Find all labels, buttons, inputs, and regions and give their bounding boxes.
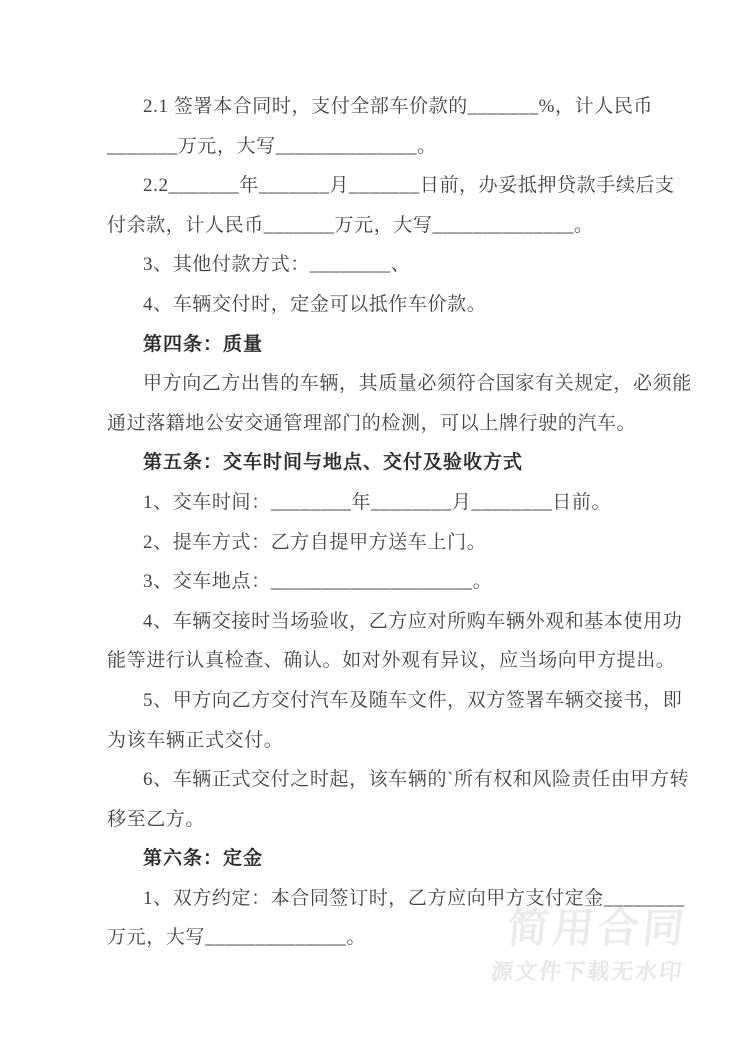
- watermark-subtitle: 源文件下载无水印: [490, 961, 684, 983]
- contract-line: 4、车辆交接时当场验收，乙方应对所购车辆外观和基本使用功: [107, 602, 641, 642]
- contract-line: 4、车辆交付时，定金可以抵作车价款。: [107, 285, 641, 325]
- contract-line: 3、其他付款方式：________、: [107, 245, 641, 285]
- contract-line: 6、车辆正式交付之时起，该车辆的`所有权和风险责任由甲方转: [107, 760, 641, 800]
- contract-line: 2、提车方式：乙方自提甲方送车上门。: [107, 523, 641, 563]
- contract-line: 1、双方约定：本合同签订时，乙方应向甲方支付定金________: [107, 879, 641, 919]
- contract-line: 能等进行认真检查、确认。如对外观有异议，应当场向甲方提出。: [107, 641, 641, 681]
- contract-line: 2.2_______年_______月_______日前，办妥抵押贷款手续后支: [107, 166, 641, 206]
- document-body: 2.1 签署本合同时，支付全部车价款的_______%，计人民币_______万…: [107, 87, 641, 958]
- contract-line: 万元，大写______________。: [107, 918, 641, 958]
- contract-line: 甲方向乙方出售的车辆，其质量必须符合国家有关规定，必须能: [107, 364, 641, 404]
- contract-line: 付余款，计人民币_______万元，大写______________。: [107, 206, 641, 246]
- section-heading: 第六条：定金: [107, 839, 641, 879]
- contract-line: 移至乙方。: [107, 800, 641, 840]
- contract-line: 5、甲方向乙方交付汽车及随车文件，双方签署车辆交接书，即: [107, 681, 641, 721]
- contract-line: _______万元，大写______________。: [107, 127, 641, 167]
- section-heading: 第四条：质量: [107, 325, 641, 365]
- contract-line: 通过落籍地公安交通管理部门的检测，可以上牌行驶的汽车。: [107, 404, 641, 444]
- contract-line: 为该车辆正式交付。: [107, 721, 641, 761]
- contract-line: 2.1 签署本合同时，支付全部车价款的_______%，计人民币: [107, 87, 641, 127]
- contract-page: 2.1 签署本合同时，支付全部车价款的_______%，计人民币_______万…: [0, 0, 742, 1049]
- contract-line: 3、交车地点：____________________。: [107, 562, 641, 602]
- contract-line: 1、交车时间：________年________月________日前。: [107, 483, 641, 523]
- section-heading: 第五条：交车时间与地点、交付及验收方式: [107, 443, 641, 483]
